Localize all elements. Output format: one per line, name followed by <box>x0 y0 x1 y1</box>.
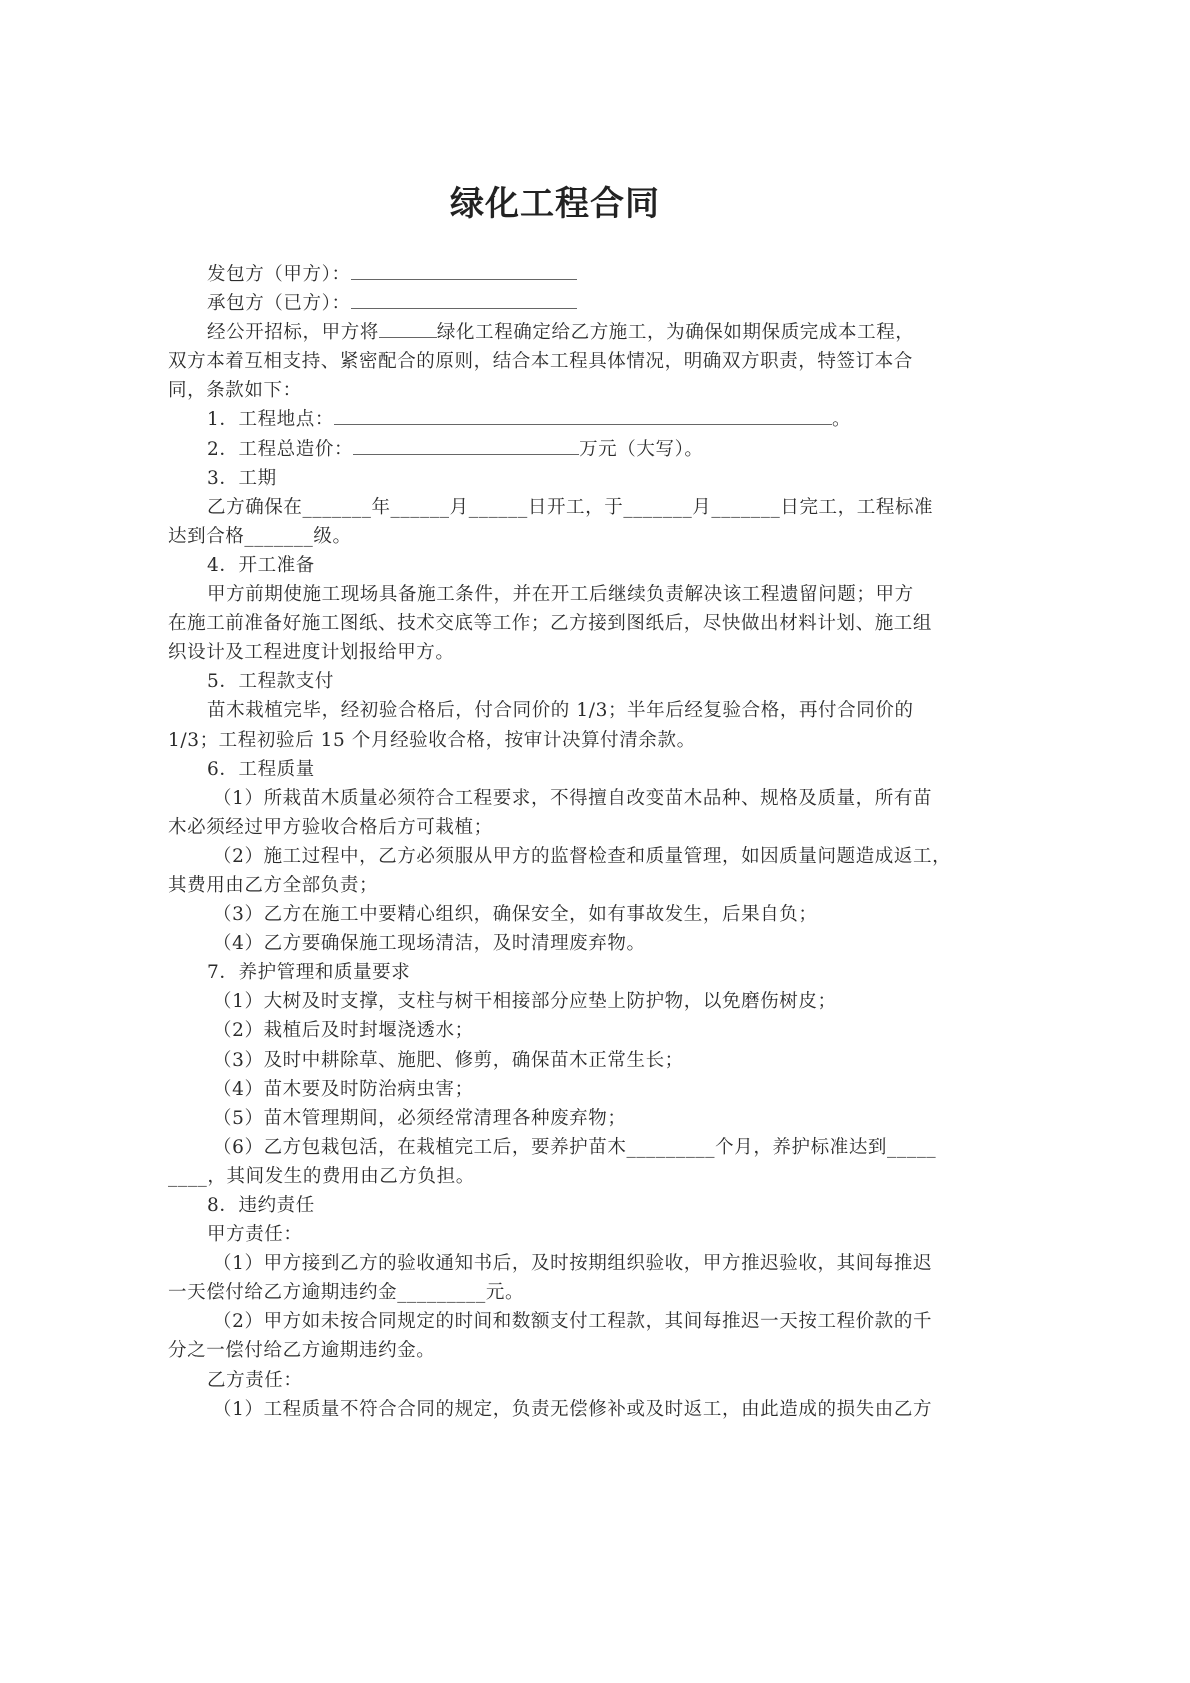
line-text: 8．违约责任 <box>207 1195 315 1216</box>
line-text: （4）苗木要及时防治病虫害； <box>213 1079 474 1100</box>
line-text: 2．工程总造价： <box>207 439 353 460</box>
text-line: 一天偿付给乙方逾期违约金_________元。 <box>168 1278 944 1307</box>
text-line: （2）栽植后及时封堰浇透水； <box>168 1016 944 1045</box>
text-line: （6）乙方包栽包活，在栽植完工后，要养护苗木_________个月，养护标准达到… <box>168 1133 944 1162</box>
line-text: 一天偿付给乙方逾期违约金_________元。 <box>168 1282 524 1303</box>
document-page: 绿化工程合同 发包方（甲方）：承包方（已方）：经公开招标，甲方将绿化工程确定给乙… <box>0 0 1190 1683</box>
line-text: 经公开招标，甲方将 <box>207 322 379 343</box>
fill-in-blank <box>353 436 579 455</box>
line-text: 同，条款如下： <box>168 380 302 401</box>
fill-in-blank <box>379 319 437 338</box>
text-line: 1/3；工程初验后 15 个月经验收合格，按审计决算付清余款。 <box>168 726 944 755</box>
text-line: （1）工程质量不符合合同的规定，负责无偿修补或及时返工，由此造成的损失由乙方 <box>168 1395 944 1424</box>
fill-in-blank <box>334 406 832 425</box>
line-text: （2）甲方如未按合同规定的时间和数额支付工程款，其间每推迟一天按工程价款的千 <box>213 1311 932 1332</box>
text-line: （1）所栽苗木质量必须符合工程要求，不得擅自改变苗木品种、规格及质量，所有苗 <box>168 784 944 813</box>
line-text: 木必须经过甲方验收合格后方可栽植； <box>168 817 493 838</box>
line-text-after: 万元（大写）。 <box>579 439 703 460</box>
text-line: 8．违约责任 <box>168 1191 944 1220</box>
text-line: 其费用由乙方全部负责； <box>168 871 944 900</box>
text-line: （3）及时中耕除草、施肥、修剪，确保苗木正常生长； <box>168 1046 944 1075</box>
text-line: （4）苗木要及时防治病虫害； <box>168 1075 944 1104</box>
line-text: （1）大树及时支撑，支柱与树干相接部分应垫上防护物，以免磨伤树皮； <box>213 991 837 1012</box>
line-text: （1）工程质量不符合合同的规定，负责无偿修补或及时返工，由此造成的损失由乙方 <box>213 1399 932 1420</box>
text-line: 织设计及工程进度计划报给甲方。 <box>168 638 944 667</box>
text-line: （1）大树及时支撑，支柱与树干相接部分应垫上防护物，以免磨伤树皮； <box>168 987 944 1016</box>
text-line: 木必须经过甲方验收合格后方可栽植； <box>168 813 944 842</box>
text-line: （2）甲方如未按合同规定的时间和数额支付工程款，其间每推迟一天按工程价款的千 <box>168 1307 944 1336</box>
line-text: 5．工程款支付 <box>207 671 334 692</box>
line-text: （2）栽植后及时封堰浇透水； <box>213 1020 474 1041</box>
text-line: 7．养护管理和质量要求 <box>168 958 944 987</box>
fill-in-blank <box>351 290 577 309</box>
line-text: 达到合格_______级。 <box>168 526 352 547</box>
line-text-after: 绿化工程确定给乙方施工，为确保如期保质完成本工程， <box>437 322 915 343</box>
text-line: 达到合格_______级。 <box>168 522 944 551</box>
text-line: （1）甲方接到乙方的验收通知书后，及时按期组织验收，甲方推迟验收，其间每推迟 <box>168 1249 944 1278</box>
text-line: 甲方前期使施工现场具备施工条件，并在开工后继续负责解决该工程遗留问题；甲方 <box>168 580 944 609</box>
line-text: 1/3；工程初验后 15 个月经验收合格，按审计决算付清余款。 <box>168 730 696 751</box>
line-text: 甲方责任： <box>207 1224 303 1245</box>
line-text: 4．开工准备 <box>207 555 315 576</box>
line-text: 承包方（已方）： <box>207 293 351 314</box>
text-line: 发包方（甲方）： <box>168 260 944 289</box>
text-line: （4）乙方要确保施工现场清洁，及时清理废弃物。 <box>168 929 944 958</box>
text-line: 承包方（已方）： <box>168 289 944 318</box>
text-line: （3）乙方在施工中要精心组织，确保安全，如有事故发生，后果自负； <box>168 900 944 929</box>
line-text-after: 。 <box>832 409 851 430</box>
line-text: （6）乙方包栽包活，在栽植完工后，要养护苗木_________个月，养护标准达到… <box>213 1137 936 1158</box>
line-text: （5）苗木管理期间，必须经常清理各种废弃物； <box>213 1108 626 1129</box>
document-body: 发包方（甲方）：承包方（已方）：经公开招标，甲方将绿化工程确定给乙方施工，为确保… <box>168 260 944 1424</box>
text-line: 3．工期 <box>168 464 944 493</box>
line-text: 分之一偿付给乙方逾期违约金。 <box>168 1340 435 1361</box>
text-line: （2）施工过程中，乙方必须服从甲方的监督检查和质量管理，如因质量问题造成返工， <box>168 842 944 871</box>
line-text: 甲方前期使施工现场具备施工条件，并在开工后继续负责解决该工程遗留问题；甲方 <box>207 584 914 605</box>
line-text: （1）甲方接到乙方的验收通知书后，及时按期组织验收，甲方推迟验收，其间每推迟 <box>213 1253 932 1274</box>
line-text: （3）乙方在施工中要精心组织，确保安全，如有事故发生，后果自负； <box>213 904 817 925</box>
text-line: 同，条款如下： <box>168 376 944 405</box>
line-text: ____，其间发生的费用由乙方负担。 <box>168 1166 475 1187</box>
text-line: 经公开招标，甲方将绿化工程确定给乙方施工，为确保如期保质完成本工程， <box>168 318 944 347</box>
text-line: 1．工程地点：。 <box>168 405 944 434</box>
line-text: 织设计及工程进度计划报给甲方。 <box>168 642 455 663</box>
text-line: 双方本着互相支持、紧密配合的原则，结合本工程具体情况，明确双方职责，特签订本合 <box>168 347 944 376</box>
line-text: 7．养护管理和质量要求 <box>207 962 410 983</box>
line-text: 6．工程质量 <box>207 759 315 780</box>
line-text: 乙方责任： <box>207 1370 303 1391</box>
line-text: 其费用由乙方全部负责； <box>168 875 378 896</box>
text-line: 乙方确保在_______年______月______日开工，于_______月_… <box>168 493 944 522</box>
line-text: （1）所栽苗木质量必须符合工程要求，不得擅自改变苗木品种、规格及质量，所有苗 <box>213 788 932 809</box>
text-line: 2．工程总造价：万元（大写）。 <box>168 435 944 464</box>
line-text: （4）乙方要确保施工现场清洁，及时清理废弃物。 <box>213 933 646 954</box>
text-line: 乙方责任： <box>168 1366 944 1395</box>
line-text: 在施工前准备好施工图纸、技术交底等工作；乙方接到图纸后，尽快做出材料计划、施工组 <box>168 613 932 634</box>
line-text: 双方本着互相支持、紧密配合的原则，结合本工程具体情况，明确双方职责，特签订本合 <box>168 351 913 372</box>
fill-in-blank <box>351 261 577 280</box>
text-line: 苗木栽植完毕，经初验合格后，付合同价的 1/3；半年后经复验合格，再付合同价的 <box>168 696 944 725</box>
line-text: 3．工期 <box>207 468 277 489</box>
text-line: 5．工程款支付 <box>168 667 944 696</box>
line-text: （2）施工过程中，乙方必须服从甲方的监督检查和质量管理，如因质量问题造成返工， <box>213 846 951 867</box>
text-line: 甲方责任： <box>168 1220 944 1249</box>
line-text: 发包方（甲方）： <box>207 264 351 285</box>
text-line: 分之一偿付给乙方逾期违约金。 <box>168 1336 944 1365</box>
line-text: 乙方确保在_______年______月______日开工，于_______月_… <box>207 497 933 518</box>
text-line: 4．开工准备 <box>168 551 944 580</box>
line-text: （3）及时中耕除草、施肥、修剪，确保苗木正常生长； <box>213 1050 684 1071</box>
text-line: （5）苗木管理期间，必须经常清理各种废弃物； <box>168 1104 944 1133</box>
text-line: 6．工程质量 <box>168 755 944 784</box>
line-text: 1．工程地点： <box>207 409 334 430</box>
text-line: ____，其间发生的费用由乙方负担。 <box>168 1162 944 1191</box>
line-text: 苗木栽植完毕，经初验合格后，付合同价的 1/3；半年后经复验合格，再付合同价的 <box>207 700 914 721</box>
document-title: 绿化工程合同 <box>0 176 1110 225</box>
text-line: 在施工前准备好施工图纸、技术交底等工作；乙方接到图纸后，尽快做出材料计划、施工组 <box>168 609 944 638</box>
